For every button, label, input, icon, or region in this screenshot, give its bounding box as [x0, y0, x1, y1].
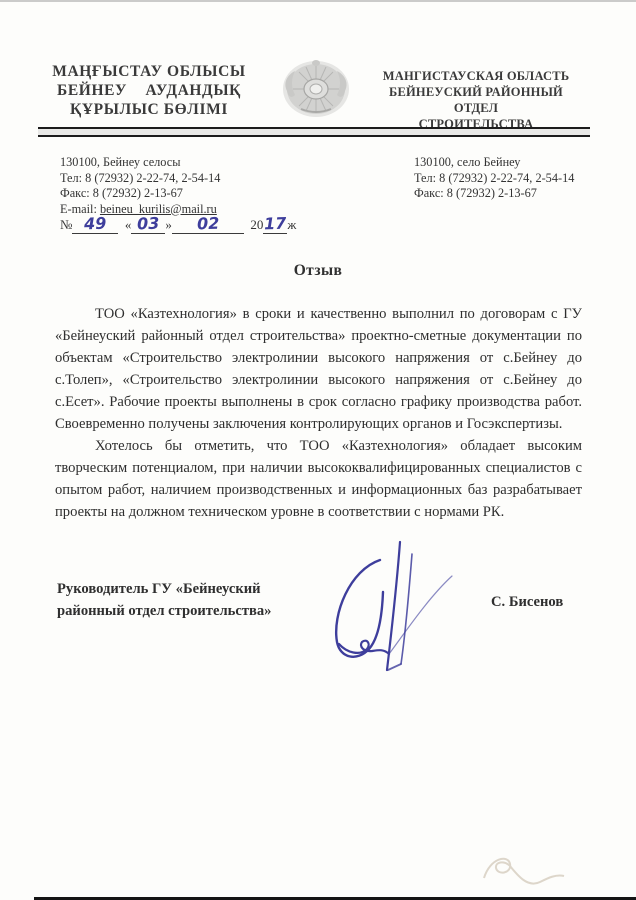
paragraph-2: Хотелось бы отметить, что ТОО «Казтехнол…: [55, 435, 582, 523]
contact-fax-ru: Факс: 8 (72932) 2-13-67: [414, 186, 574, 202]
signatory-position-line1: Руководитель ГУ «Бейнеуский: [57, 578, 357, 600]
document-body: ТОО «Казтехнология» в сроки и качественн…: [55, 303, 582, 523]
org-name-russian-line2: БЕЙНЕУСКИЙ РАЙОННЫЙ ОТДЕЛ: [366, 84, 586, 116]
org-name-kazakh-line3: ҚҰРЫЛЫС БӨЛІМІ: [28, 100, 270, 119]
handwritten-signature-icon: [316, 540, 464, 688]
contact-block-right: 130100, село Бейнеу Тел: 8 (72932) 2-22-…: [414, 155, 574, 202]
signatory-position: Руководитель ГУ «Бейнеуский районный отд…: [57, 578, 357, 622]
contact-tel-ru: Тел: 8 (72932) 2-22-74, 2-54-14: [414, 171, 574, 187]
contact-block-left: 130100, Бейнеу селосы Тел: 8 (72932) 2-2…: [60, 155, 220, 217]
contact-tel-kk: Тел: 8 (72932) 2-22-74, 2-54-14: [60, 171, 220, 187]
org-name-kazakh-line1: МАҢҒЫСТАУ ОБЛЫСЫ: [28, 62, 270, 81]
kazakhstan-coat-of-arms-icon: [281, 57, 351, 123]
header-divider-rule: [38, 127, 590, 137]
org-name-kazakh-line2: БЕЙНЕУ АУДАНДЫҚ: [28, 81, 270, 100]
paragraph-1: ТОО «Казтехнология» в сроки и качественн…: [55, 303, 582, 435]
contact-fax-kk: Факс: 8 (72932) 2-13-67: [60, 186, 220, 202]
ref-year-prefix: 20: [250, 217, 263, 232]
signatory-position-line2: районный отдел строительства»: [57, 600, 357, 622]
handwritten-year: 17: [264, 214, 287, 234]
ref-day-slot: 03: [131, 214, 165, 234]
ref-year-slot: 17: [263, 214, 287, 234]
signatory-name: С. Бисенов: [491, 594, 563, 611]
ref-no-label: №: [60, 217, 72, 232]
ref-year-suffix: ж: [287, 217, 296, 232]
org-name-kazakh: МАҢҒЫСТАУ ОБЛЫСЫ БЕЙНЕУ АУДАНДЫҚ ҚҰРЫЛЫС…: [28, 62, 270, 119]
pencil-squiggle-artifact: [476, 846, 572, 898]
handwritten-day: 03: [137, 214, 160, 234]
handwritten-month: 02: [196, 214, 219, 234]
document-title: Отзыв: [0, 262, 636, 280]
scanned-letter-page: МАҢҒЫСТАУ ОБЛЫСЫ БЕЙНЕУ АУДАНДЫҚ ҚҰРЫЛЫС…: [0, 0, 636, 900]
ref-month-slot: 02: [172, 214, 244, 234]
contact-address-kk: 130100, Бейнеу селосы: [60, 155, 220, 171]
reference-number-line: №49 «03»02 2017ж: [60, 214, 296, 234]
org-name-russian: МАНГИСТАУСКАЯ ОБЛАСТЬ БЕЙНЕУСКИЙ РАЙОННЫ…: [366, 68, 586, 132]
org-name-russian-line1: МАНГИСТАУСКАЯ ОБЛАСТЬ: [366, 68, 586, 84]
scan-top-edge-artifact: [0, 0, 636, 2]
handwritten-ref-number: 49: [84, 214, 107, 234]
contact-address-ru: 130100, село Бейнеу: [414, 155, 574, 171]
ref-number-slot: 49: [72, 214, 118, 234]
